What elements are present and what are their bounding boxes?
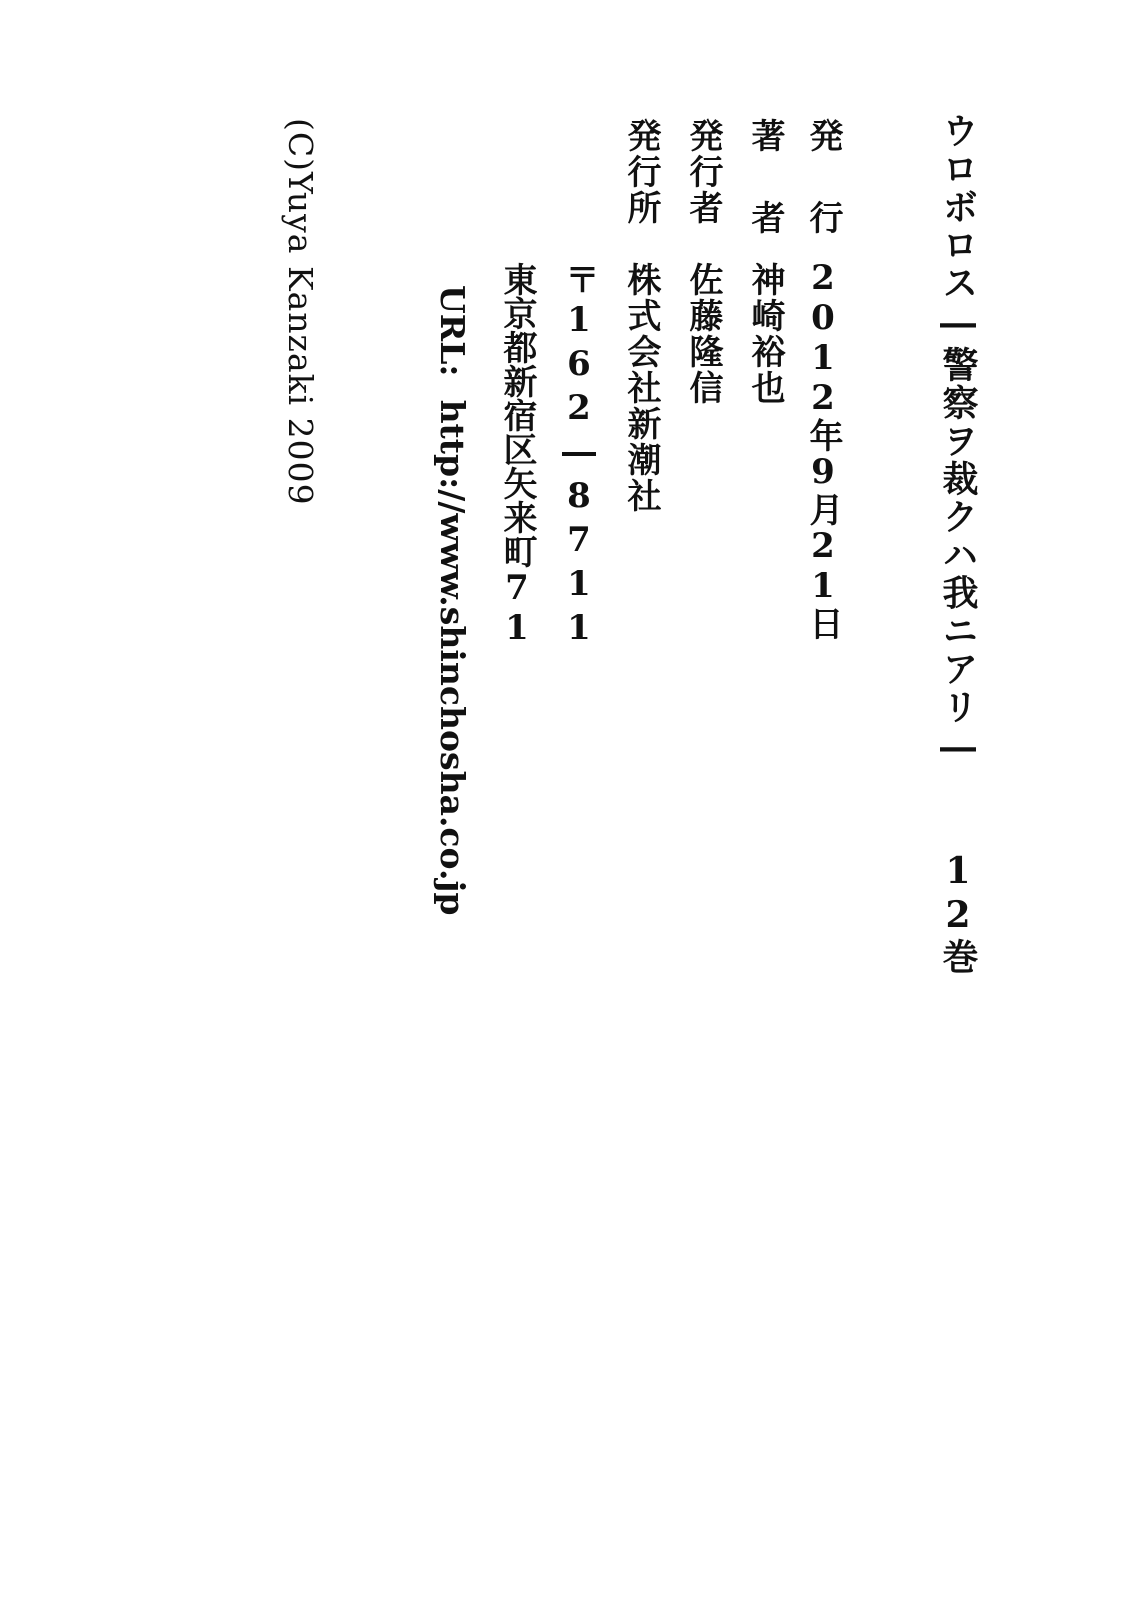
field-label-publisher-person: 発行者 (686, 118, 720, 226)
field-label-publisher-company: 発行所 (624, 118, 658, 226)
postal-code: 〒162―8711 (562, 262, 596, 652)
field-value-publisher-company: 株式会社新潮社 (624, 262, 658, 514)
field-label-publication: 発 行 (806, 118, 840, 238)
publisher-url-line[interactable]: URL: http://www.shinchosha.co.jp (436, 262, 502, 915)
publisher-address: 東京都新宿区矢来町71 (500, 262, 534, 648)
publisher-url-link[interactable]: http://www.shinchosha.co.jp (433, 400, 472, 916)
field-value-publisher-person: 佐藤隆信 (686, 262, 720, 406)
book-title: ウロボロス―警察ヲ裁クハ我ニアリ―12巻 (940, 112, 976, 976)
field-label-author: 著 者 (748, 118, 782, 238)
series-title: ウロボロス―警察ヲ裁クハ我ニアリ― (937, 112, 979, 770)
copyright-notice: (C)Yuya Kanzaki 2009 (284, 118, 317, 506)
volume-number: 12巻 (940, 850, 976, 976)
field-value-publication-date: 2012年9月21日 (806, 258, 840, 640)
url-label: URL: (433, 285, 472, 377)
field-value-author: 神崎裕也 (748, 262, 782, 406)
